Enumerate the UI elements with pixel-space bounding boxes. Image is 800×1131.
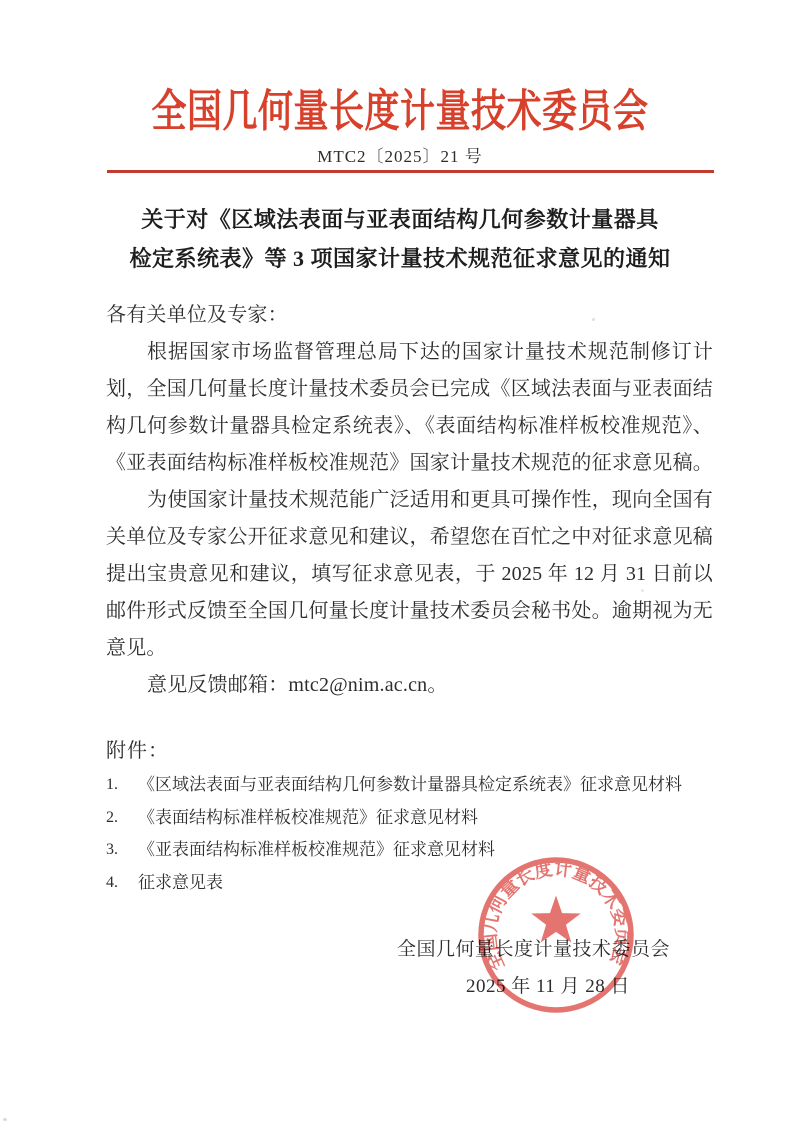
- attachment-text: 《区域法表面与亚表面结构几何参数计量器具检定系统表》征求意见材料: [138, 769, 682, 802]
- attachment-number: 1.: [106, 769, 138, 802]
- attachment-text: 征求意见表: [138, 867, 223, 900]
- feedback-email-line: 意见反馈邮箱：mtc2@nim.ac.cn。: [106, 667, 713, 704]
- salutation: 各有关单位及专家：: [106, 297, 713, 334]
- notice-title-line2: 检定系统表》等 3 项国家计量技术规范征求意见的通知: [0, 239, 800, 278]
- attachments-label: 附件：: [106, 733, 169, 769]
- attachment-number: 3.: [106, 834, 138, 867]
- attachment-item: 4. 征求意见表: [106, 867, 716, 900]
- paragraph1-line2: 划，全国几何量长度计量技术委员会已完成《区域法表面与亚表面结: [106, 371, 713, 408]
- notice-title: 关于对《区域法表面与亚表面结构几何参数计量器具 检定系统表》等 3 项国家计量技…: [0, 200, 800, 278]
- attachments-list: 1. 《区域法表面与亚表面结构几何参数计量器具检定系统表》征求意见材料 2. 《…: [106, 769, 716, 899]
- org-title: 全国几何量长度计量技术委员会: [0, 77, 800, 148]
- signature-org-name: 全国几何量长度计量技术委员会: [397, 937, 670, 963]
- paragraph2-line3: 提出宝贵意见和建议，填写征求意见表，于 2025 年 12 月 31 日前以: [106, 556, 713, 593]
- attachment-number: 4.: [106, 867, 138, 900]
- attachment-text: 《表面结构标准样板校准规范》征求意见材料: [138, 802, 478, 835]
- doc-number: MTC2〔2025〕21 号: [0, 145, 800, 169]
- paragraph2-line5: 意见。: [106, 630, 713, 667]
- document-page: 全国几何量长度计量技术委员会 MTC2〔2025〕21 号 关于对《区域法表面与…: [0, 0, 800, 1131]
- attachment-text: 《亚表面结构标准样板校准规范》征求意见材料: [138, 834, 495, 867]
- paragraph1-line1: 根据国家市场监督管理总局下达的国家计量技术规范制修订计: [106, 334, 713, 371]
- notice-title-line1: 关于对《区域法表面与亚表面结构几何参数计量器具: [0, 200, 800, 239]
- paragraph2-line4: 邮件形式反馈至全国几何量长度计量技术委员会秘书处。逾期视为无: [106, 593, 713, 630]
- paragraph2-line2: 关单位及专家公开征求意见和建议，希望您在百忙之中对征求意见稿: [106, 519, 713, 556]
- red-divider-rule: [107, 170, 714, 173]
- attachment-number: 2.: [106, 802, 138, 835]
- scan-speck: [592, 318, 595, 321]
- seal-star-icon: [531, 896, 580, 943]
- attachment-item: 1. 《区域法表面与亚表面结构几何参数计量器具检定系统表》征求意见材料: [106, 769, 716, 802]
- attachment-item: 3. 《亚表面结构标准样板校准规范》征求意见材料: [106, 834, 716, 867]
- paragraph1-line3: 构几何参数计量器具检定系统表》、《表面结构标准样板校准规范》、: [106, 408, 713, 445]
- scan-speck: [641, 589, 644, 592]
- attachment-item: 2. 《表面结构标准样板校准规范》征求意见材料: [106, 802, 716, 835]
- paragraph2-line1: 为使国家计量技术规范能广泛适用和更具可操作性，现向全国有: [106, 482, 713, 519]
- paragraph1-line4: 《亚表面结构标准样板校准规范》国家计量技术规范的征求意见稿。: [106, 445, 713, 482]
- scan-speck: [3, 1118, 7, 1121]
- signature-date: 2025 年 11 月 28 日: [466, 974, 630, 1000]
- notice-body: 各有关单位及专家： 根据国家市场监督管理总局下达的国家计量技术规范制修订计 划，…: [106, 297, 713, 704]
